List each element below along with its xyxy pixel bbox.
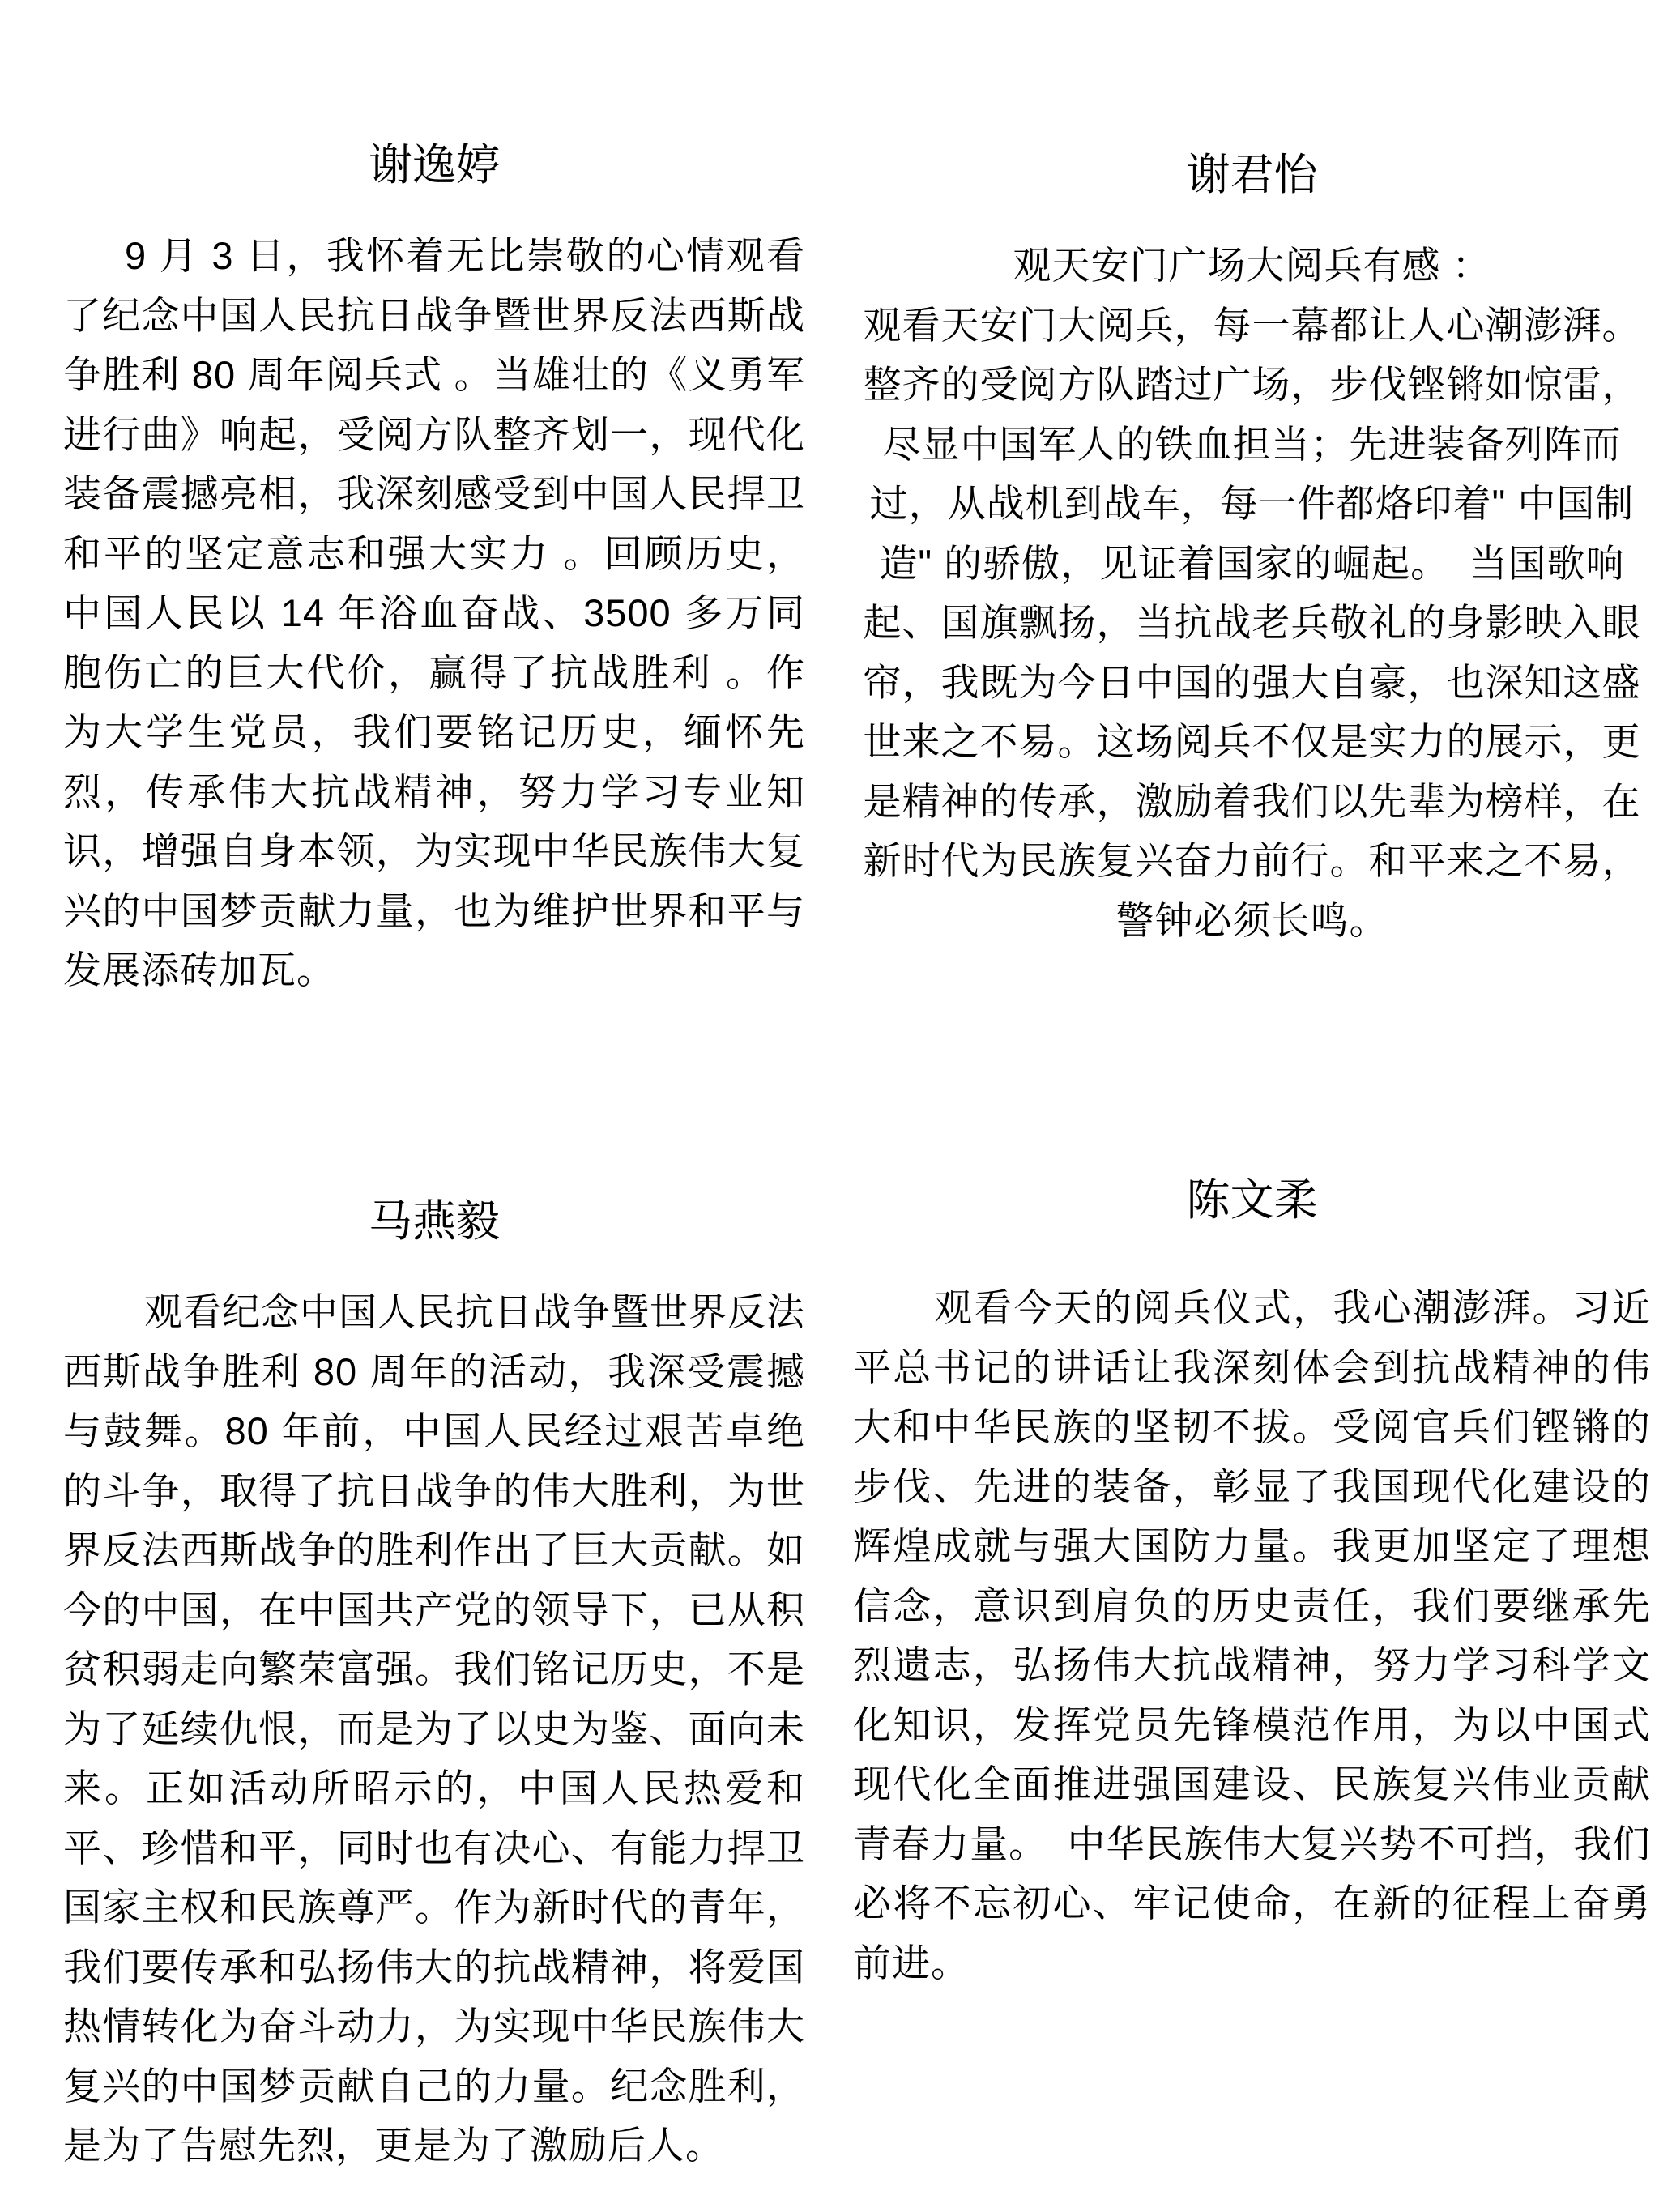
essay-block-ma-yanyi: 马燕毅 观看纪念中国人民抗日战争暨世界反法西斯战争胜利 80 周年的活动，我深受… — [63, 1192, 805, 2176]
document-page: 谢逸婷 9 月 3 日，我怀着无比崇敬的心情观看了纪念中国人民抗日战争暨世界反法… — [0, 0, 1659, 2212]
author-name: 谢逸婷 — [63, 136, 805, 195]
essay-paragraph: 观看今天的阅兵仪式，我心潮澎湃。习近平总书记的讲话让我深刻体会到抗战精神的伟大和… — [853, 1278, 1651, 1993]
author-name: 谢君怡 — [853, 146, 1651, 205]
essay-paragraph: 观看纪念中国人民抗日战争暨世界反法西斯战争胜利 80 周年的活动，我深受震撼与鼓… — [63, 1282, 805, 2176]
essay-block-xie-yiting: 谢逸婷 9 月 3 日，我怀着无比崇敬的心情观看了纪念中国人民抗日战争暨世界反法… — [63, 136, 805, 1000]
essay-block-xie-junyi: 谢君怡 观天安门广场大阅兵有感 ： 观看天安门大阅兵，每一幕都让人心潮澎湃。整齐… — [853, 146, 1651, 950]
essay-heading-line: 观天安门广场大阅兵有感 ： — [853, 236, 1651, 296]
author-name: 陈文柔 — [853, 1171, 1651, 1230]
essay-paragraph: 观看天安门大阅兵，每一幕都让人心潮澎湃。整齐的受阅方队踏过广场，步伐铿锵如惊雷，… — [853, 296, 1651, 951]
author-name: 马燕毅 — [63, 1192, 805, 1251]
essay-block-chen-wenrou: 陈文柔 观看今天的阅兵仪式，我心潮澎湃。习近平总书记的讲话让我深刻体会到抗战精神… — [853, 1171, 1651, 1993]
essay-paragraph: 9 月 3 日，我怀着无比崇敬的心情观看了纪念中国人民抗日战争暨世界反法西斯战争… — [63, 226, 805, 1000]
